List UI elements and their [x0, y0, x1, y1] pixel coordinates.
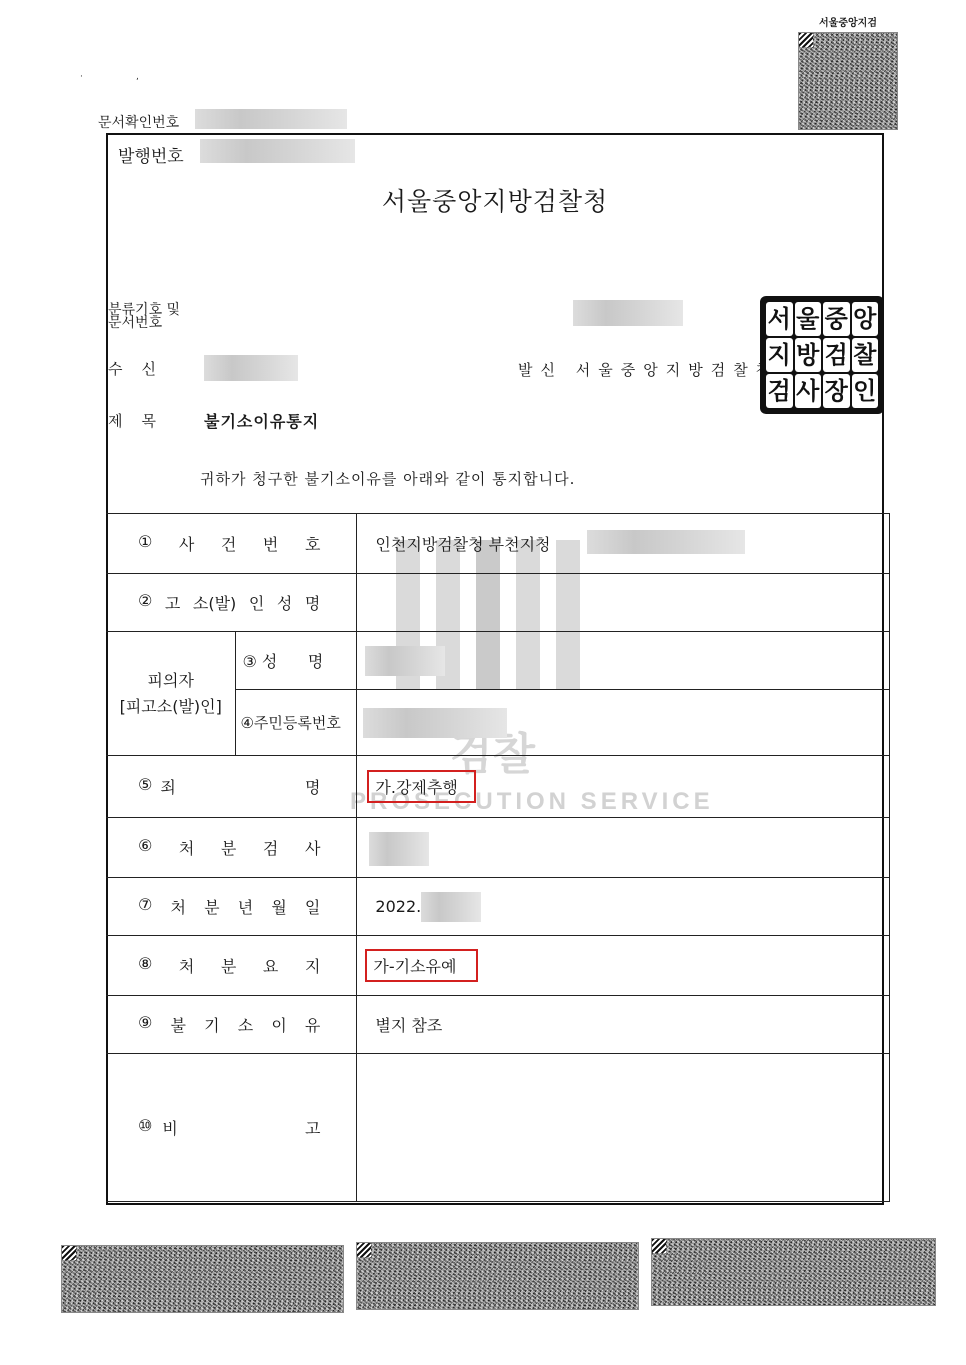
- suspect-name-label: ③ 성 명: [236, 632, 357, 690]
- row-label-case-number: ① 사 건 번 호: [106, 514, 357, 574]
- complainant-value: [357, 574, 890, 632]
- table-row: ⑦ 처 분 년 월 일 2022.: [106, 878, 890, 936]
- charge-value: 가.강제추행: [357, 756, 890, 818]
- seal-char: 찰: [852, 338, 879, 372]
- suspect-id-redacted: [363, 708, 507, 738]
- row-label-non-indictment-reason: ⑨ 불 기 소 이 유: [106, 996, 357, 1054]
- seal-char: 검: [766, 374, 793, 408]
- case-number-redacted: [587, 530, 745, 554]
- seal-char: 사: [795, 374, 822, 408]
- suspect-id-label: ④주민등록번호: [236, 690, 357, 756]
- table-row: ② 고 소(발) 인 성 명: [106, 574, 890, 632]
- notice-table: ① 사 건 번 호 인천지방검찰청 부천지청 ② 고 소(발) 인 성 명: [106, 513, 890, 1202]
- table-row: ⑤ 죄 명 가.강제추행: [106, 756, 890, 818]
- sender-line: 발신 서울중앙지방검찰청장: [518, 359, 801, 380]
- table-row: ⑧ 처 분 요 지 가-기소유예: [106, 936, 890, 996]
- suspect-id-value: [357, 690, 890, 756]
- suspect-group-label: 피의자 [피고소(발)인]: [106, 632, 236, 756]
- row-label-disposition-date: ⑦ 처 분 년 월 일: [106, 878, 357, 936]
- code-corner-mark: [357, 1243, 371, 1257]
- non-indictment-reason-value: 별지 참조: [357, 996, 890, 1054]
- row-label-disposition-summary: ⑧ 처 분 요 지: [106, 936, 357, 996]
- org-title: 서울중앙지방검찰청: [106, 182, 884, 218]
- prosecutor-value: [357, 818, 890, 878]
- table-row: 피의자 [피고소(발)인] ③ 성 명: [106, 632, 890, 690]
- code-corner-mark: [652, 1239, 666, 1253]
- seal-char: 검: [823, 338, 850, 372]
- seal-char: 인: [852, 374, 879, 408]
- security-code-bottom-3: [651, 1238, 936, 1306]
- row-label-remarks: ⑩ 비 고: [106, 1054, 357, 1202]
- remarks-value: [357, 1054, 890, 1202]
- subject-label: 제 목: [108, 410, 156, 431]
- disposition-summary-value: 가-기소유예: [357, 936, 890, 996]
- disposition-date-redacted: [421, 892, 481, 922]
- row-label-complainant: ② 고 소(발) 인 성 명: [106, 574, 357, 632]
- official-seal: 서 울 중 앙 지 방 검 찰 검 사 장 인: [760, 296, 884, 414]
- intro-text: 귀하가 청구한 불기소이유를 아래와 같이 통지합니다.: [200, 468, 575, 489]
- disposition-date-value: 2022.: [357, 878, 890, 936]
- doc-check-number-redacted: [195, 109, 347, 129]
- case-number-value: 인천지방검찰청 부천지청: [357, 514, 890, 574]
- seal-char: 울: [795, 302, 822, 336]
- issue-number-label: 발행번호: [118, 142, 184, 167]
- table-row: ⑩ 비 고: [106, 1054, 890, 1202]
- seal-char: 지: [766, 338, 793, 372]
- classification-label-line2: 문서번호: [108, 317, 180, 330]
- recipient-redacted: [204, 355, 298, 381]
- security-code-top: [798, 32, 898, 130]
- row-label-prosecutor: ⑥ 처 분 검 사: [106, 818, 357, 878]
- recipient-label: 수 신: [108, 358, 156, 379]
- suspect-name-value: [357, 632, 890, 690]
- charge-highlight: 가.강제추행: [367, 770, 475, 803]
- scan-speck: ,: [136, 72, 139, 82]
- qr-caption: 서울중앙지검: [800, 14, 896, 29]
- seal-char: 앙: [852, 302, 879, 336]
- suspect-name-redacted: [365, 646, 445, 676]
- seal-char: 중: [823, 302, 850, 336]
- row-label-charge: ⑤ 죄 명: [106, 756, 357, 818]
- table-row: ⑨ 불 기 소 이 유 별지 참조: [106, 996, 890, 1054]
- security-code-bottom-2: [356, 1242, 639, 1310]
- subject-value: 불기소이유통지: [204, 409, 319, 432]
- seal-char: 방: [795, 338, 822, 372]
- org-title-wrap: 서울중앙지방검찰청: [106, 182, 884, 218]
- security-code-bottom-1: [61, 1245, 344, 1313]
- code-corner-mark: [62, 1246, 76, 1260]
- classification-number-redacted: [573, 300, 683, 326]
- sender-label: 발신: [518, 361, 563, 379]
- prosecutor-redacted: [369, 832, 429, 866]
- table-row: ① 사 건 번 호 인천지방검찰청 부천지청: [106, 514, 890, 574]
- scan-speck: ·: [80, 72, 83, 82]
- seal-char: 장: [823, 374, 850, 408]
- doc-check-label: 문서확인번호: [98, 112, 179, 132]
- code-corner-mark: [799, 33, 813, 47]
- seal-char: 서: [766, 302, 793, 336]
- table-row: ⑥ 처 분 검 사: [106, 818, 890, 878]
- classification-label: 분류기호 및 문서번호: [108, 304, 180, 330]
- disposition-highlight: 가-기소유예: [365, 949, 478, 982]
- issue-number-redacted: [200, 139, 355, 163]
